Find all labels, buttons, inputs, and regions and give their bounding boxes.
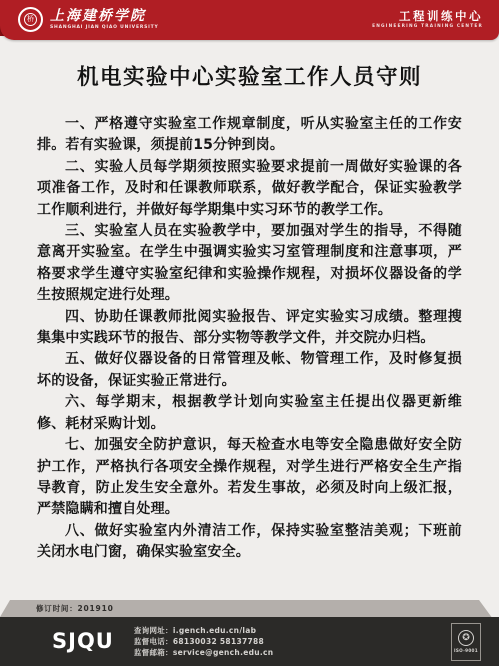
- revision-date-value: 201910: [78, 604, 114, 613]
- footer-email-value: service@gench.edu.cn: [173, 648, 274, 657]
- training-center-name-cn: 工程训练中心: [372, 9, 483, 23]
- rule-paragraph-5: 五、做好仪器设备的日常管理及帐、物管理工作，及时修复损坏的设备，保证实验正常进行…: [37, 349, 462, 392]
- footer-contact-block: 查询网址：i.gench.edu.cn/lab 监督电话：68130032 58…: [134, 625, 274, 658]
- sjqu-logo: SJQU: [52, 631, 114, 652]
- footer-email-label: 监督邮箱：: [134, 648, 173, 657]
- rule-paragraph-3: 三、实验室人员在实验教学中，要加强对学生的指导，不得随意离开实验室。在学生中强调…: [37, 221, 462, 307]
- revision-date: 修订时间：201910: [36, 603, 114, 614]
- rule-paragraph-2: 二、实验人员每学期须按照实验要求提前一周做好实验课的各项准备工作，及时和任课教师…: [37, 157, 462, 221]
- university-seal-icon: 桥: [18, 7, 43, 32]
- footer-website-line: 查询网址：i.gench.edu.cn/lab: [134, 625, 274, 636]
- iso-badge-label: ISO-9001: [454, 648, 478, 653]
- footer-website-value: i.gench.edu.cn/lab: [173, 626, 256, 635]
- rules-body: 一、严格遵守实验室工作规章制度，听从实验室主任的工作安排。若有实验课，须提前15…: [37, 114, 462, 564]
- university-brand: 桥 上海建桥学院 SHANGHAI JIAN QIAO UNIVERSITY: [18, 7, 159, 32]
- header-banner: 桥 上海建桥学院 SHANGHAI JIAN QIAO UNIVERSITY 工…: [0, 0, 499, 40]
- rule-paragraph-4: 四、协助任课教师批阅实验报告、评定实验实习成绩。整理搜集集中实践环节的报告、部分…: [37, 307, 462, 350]
- rule-paragraph-6: 六、每学期末，根据教学计划向实验室主任提出仪器更新维修、耗材采购计划。: [37, 392, 462, 435]
- university-name-en: SHANGHAI JIAN QIAO UNIVERSITY: [50, 24, 159, 31]
- footer-phone-value: 68130032 58137788: [173, 637, 264, 646]
- revision-date-label: 修订时间：: [36, 604, 78, 613]
- iso-certification-icon: ✪: [458, 630, 474, 646]
- page-title: 机电实验中心实验室工作人员守则: [0, 60, 499, 91]
- university-name-block: 上海建桥学院 SHANGHAI JIAN QIAO UNIVERSITY: [50, 8, 159, 31]
- footer-phone-label: 监督电话：: [134, 637, 173, 646]
- footer-bar: SJQU 查询网址：i.gench.edu.cn/lab 监督电话：681300…: [0, 617, 499, 666]
- rule-paragraph-7: 七、加强安全防护意识，每天检查水电等安全隐患做好安全防护工作，严格执行各项安全操…: [37, 435, 462, 521]
- footer-email-line: 监督邮箱：service@gench.edu.cn: [134, 647, 274, 658]
- rule-paragraph-8: 八、做好实验室内外清洁工作，保持实验室整洁美观；下班前关闭水电门窗，确保实验室安…: [37, 521, 462, 564]
- footer-website-label: 查询网址：: [134, 626, 173, 635]
- training-center-block: 工程训练中心 ENGINEERING TRAINING CENTER: [372, 9, 483, 31]
- university-seal-inner-icon: 桥: [24, 13, 37, 26]
- university-name-cn: 上海建桥学院: [50, 8, 159, 24]
- iso-9001-badge: ✪ ISO-9001: [451, 623, 481, 661]
- revision-band: 修订时间：201910: [0, 600, 499, 617]
- footer-phone-line: 监督电话：68130032 58137788: [134, 636, 274, 647]
- rule-paragraph-1: 一、严格遵守实验室工作规章制度，听从实验室主任的工作安排。若有实验课，须提前15…: [37, 114, 462, 157]
- training-center-name-en: ENGINEERING TRAINING CENTER: [372, 23, 483, 31]
